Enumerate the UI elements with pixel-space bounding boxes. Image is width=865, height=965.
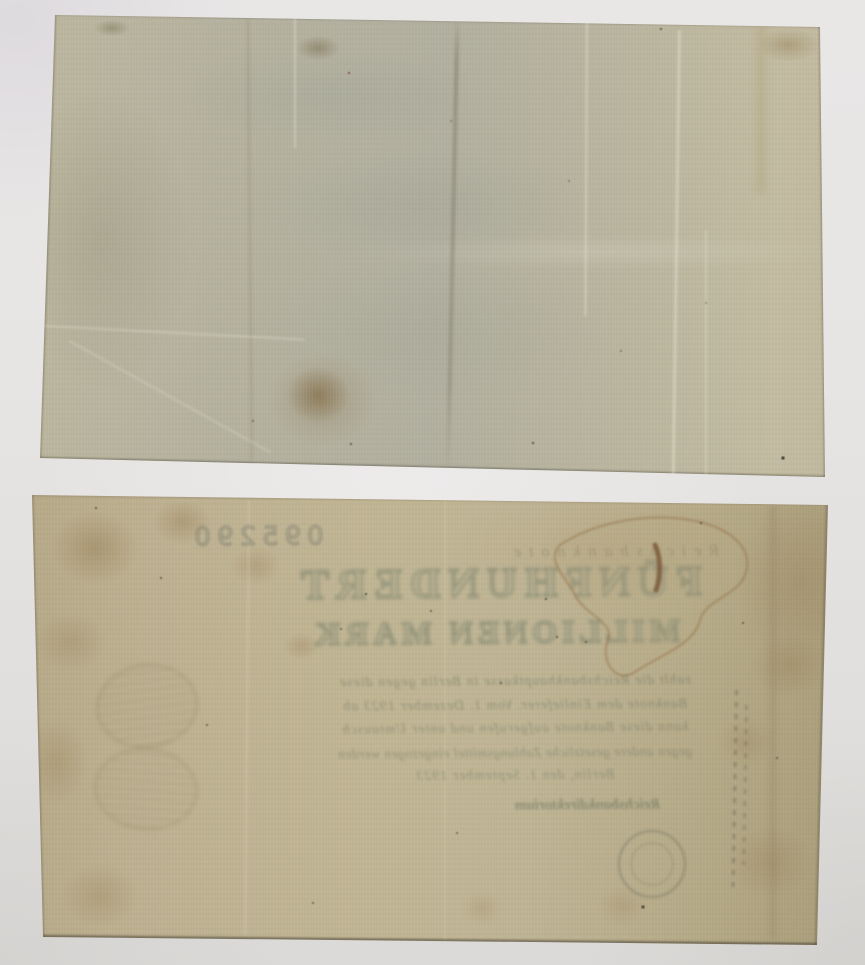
fold-crease (584, 16, 588, 316)
foxing-specks (0, 0, 2, 2)
photo-of-two-banknotes: 095290 Reichsbanknote FÜNFHUNDERT MILLIO… (0, 0, 865, 965)
fold-crease (672, 30, 681, 475)
fold-crease (69, 340, 271, 453)
fold-crease (446, 14, 459, 476)
foxing-specks (0, 0, 2, 2)
note-edge-shadow (819, 26, 826, 478)
fold-crease (294, 18, 296, 148)
note-edge-shadow (39, 15, 56, 459)
note-edge-shadow (40, 457, 826, 479)
note-edge-shadow (52, 13, 822, 27)
fold-crease (705, 230, 707, 475)
fold-crease (45, 325, 305, 341)
fold-crease (247, 20, 253, 460)
fold-crease (756, 14, 766, 194)
note-edge-warm-fringe (580, 497, 820, 502)
